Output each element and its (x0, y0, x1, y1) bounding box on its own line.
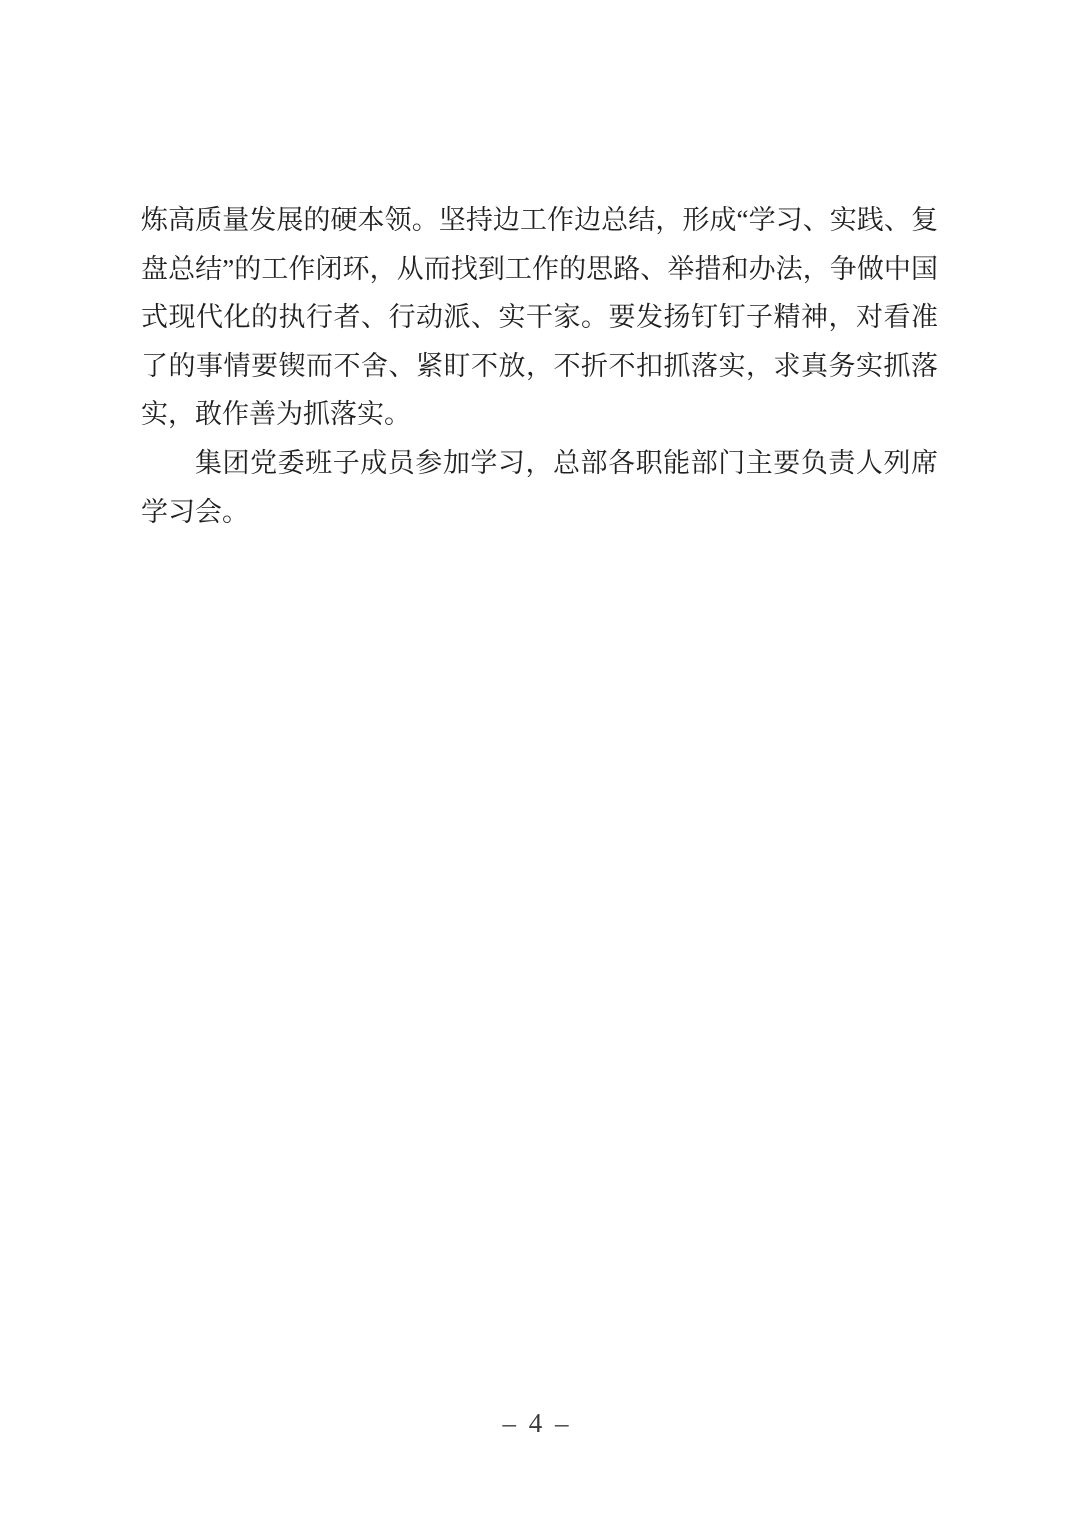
paragraph-attendees: 集团党委班子成员参加学习，总部各职能部门主要负责人列席学习会。 (141, 439, 938, 536)
page-number: – 4 – (0, 1406, 1074, 1440)
document-body: 炼高质量发展的硬本领。坚持边工作边总结，形成“学习、实践、复盘总结”的工作闭环，… (141, 196, 938, 536)
paragraph-continuation: 炼高质量发展的硬本领。坚持边工作边总结，形成“学习、实践、复盘总结”的工作闭环，… (141, 196, 938, 439)
document-page: 炼高质量发展的硬本领。坚持边工作边总结，形成“学习、实践、复盘总结”的工作闭环，… (0, 0, 1074, 1520)
